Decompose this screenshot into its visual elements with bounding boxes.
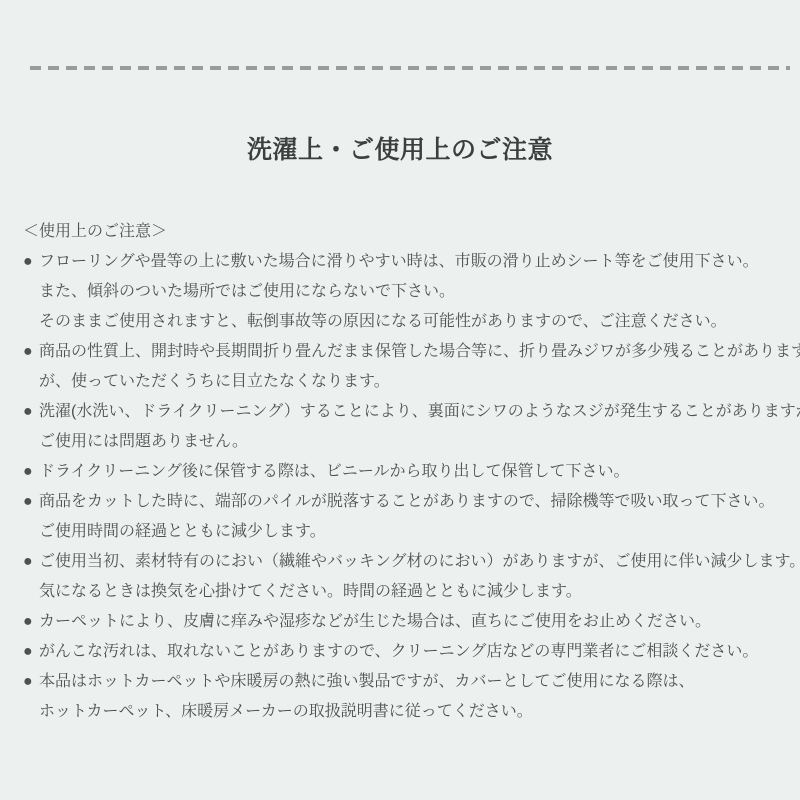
- notice-line: ●フローリングや畳等の上に敷いた場合に滑りやすい時は、市販の滑り止めシート等をご…: [0, 247, 800, 277]
- notice-line: ●ドライクリーニング後に保管する際は、ビニールから取り出して保管して下さい。: [0, 457, 800, 487]
- notice-line: ご使用には問題ありません。: [0, 427, 800, 457]
- bullet-icon: ●: [23, 667, 39, 697]
- bullet-icon: ●: [23, 487, 39, 517]
- notice-line: ●洗濯(水洗い、ドライクリーニング）することにより、裏面にシワのようなスジが発生…: [0, 397, 800, 427]
- notice-line-text: ホットカーペット、床暖房メーカーの取扱説明書に従ってください。: [39, 703, 533, 720]
- notice-header: ＜使用上のご注意＞: [0, 217, 800, 247]
- bullet-icon: ●: [23, 637, 39, 667]
- notice-line: が、使っていただくうちに目立たなくなります。: [0, 367, 800, 397]
- dashed-divider: [30, 66, 790, 70]
- notice-line-text: が、使っていただくうちに目立たなくなります。: [39, 373, 390, 390]
- notice-line: ご使用時間の経過とともに減少します。: [0, 517, 800, 547]
- notice-line-text: ドライクリーニング後に保管する際は、ビニールから取り出して保管して下さい。: [39, 463, 630, 480]
- notice-line: ホットカーペット、床暖房メーカーの取扱説明書に従ってください。: [0, 697, 800, 727]
- notice-section: ＜使用上のご注意＞ ●フローリングや畳等の上に敷いた場合に滑りやすい時は、市販の…: [0, 217, 800, 727]
- notice-line-text: フローリングや畳等の上に敷いた場合に滑りやすい時は、市販の滑り止めシート等をご使…: [39, 253, 759, 270]
- bullet-icon: ●: [23, 547, 39, 577]
- bullet-icon: ●: [23, 247, 39, 277]
- notice-line-text: 気になるときは換気を心掛けてください。時間の経過とともに減少します。: [39, 583, 582, 600]
- notice-line: ●商品の性質上、開封時や長期間折り畳んだまま保管した場合等に、折り畳みジワが多少…: [0, 337, 800, 367]
- notice-line: ●本品はホットカーペットや床暖房の熱に強い製品ですが、カバーとしてご使用になる際…: [0, 667, 800, 697]
- notice-line-text: がんこな汚れは、取れないことがありますので、クリーニング店などの専門業者にご相談…: [39, 643, 758, 660]
- notice-header-text: ＜使用上のご注意＞: [23, 223, 167, 240]
- notice-line-text: 洗濯(水洗い、ドライクリーニング）することにより、裏面にシワのようなスジが発生す…: [39, 403, 800, 420]
- notice-line: そのままご使用されますと、転倒事故等の原因になる可能性がありますので、ご注意くだ…: [0, 307, 800, 337]
- notice-line-text: 商品の性質上、開封時や長期間折り畳んだまま保管した場合等に、折り畳みジワが多少残…: [39, 343, 800, 360]
- page-title: 洗濯上・ご使用上のご注意: [0, 133, 800, 167]
- bullet-icon: ●: [23, 397, 39, 427]
- notice-line: ●がんこな汚れは、取れないことがありますので、クリーニング店などの専門業者にご相…: [0, 637, 800, 667]
- bullet-icon: ●: [23, 607, 39, 637]
- notice-line-text: ご使用時間の経過とともに減少します。: [39, 523, 326, 540]
- care-instructions-page: 洗濯上・ご使用上のご注意 ＜使用上のご注意＞ ●フローリングや畳等の上に敷いた場…: [0, 0, 800, 800]
- notice-line: また、傾斜のついた場所ではご使用にならないで下さい。: [0, 277, 800, 307]
- bullet-icon: ●: [23, 457, 39, 487]
- notice-line: ●ご使用当初、素材特有のにおい（繊維やバッキング材のにおい）がありますが、ご使用…: [0, 547, 800, 577]
- bullet-icon: ●: [23, 337, 39, 367]
- notice-line-text: カーペットにより、皮膚に痒みや湿疹などが生じた場合は、直ちにご使用をお止めくださ…: [39, 613, 711, 630]
- notice-line-text: ご使用当初、素材特有のにおい（繊維やバッキング材のにおい）がありますが、ご使用に…: [39, 553, 800, 570]
- notice-line-text: また、傾斜のついた場所ではご使用にならないで下さい。: [39, 283, 455, 300]
- notice-line: ●商品をカットした時に、端部のパイルが脱落することがありますので、掃除機等で吸い…: [0, 487, 800, 517]
- notice-line-text: そのままご使用されますと、転倒事故等の原因になる可能性がありますので、ご注意くだ…: [39, 313, 727, 330]
- notice-line: ●カーペットにより、皮膚に痒みや湿疹などが生じた場合は、直ちにご使用をお止めくだ…: [0, 607, 800, 637]
- notice-line: 気になるときは換気を心掛けてください。時間の経過とともに減少します。: [0, 577, 800, 607]
- notice-line-text: 本品はホットカーペットや床暖房の熱に強い製品ですが、カバーとしてご使用になる際は…: [39, 673, 695, 690]
- notice-line-text: ご使用には問題ありません。: [39, 433, 248, 450]
- notice-line-text: 商品をカットした時に、端部のパイルが脱落することがありますので、掃除機等で吸い取…: [39, 493, 775, 510]
